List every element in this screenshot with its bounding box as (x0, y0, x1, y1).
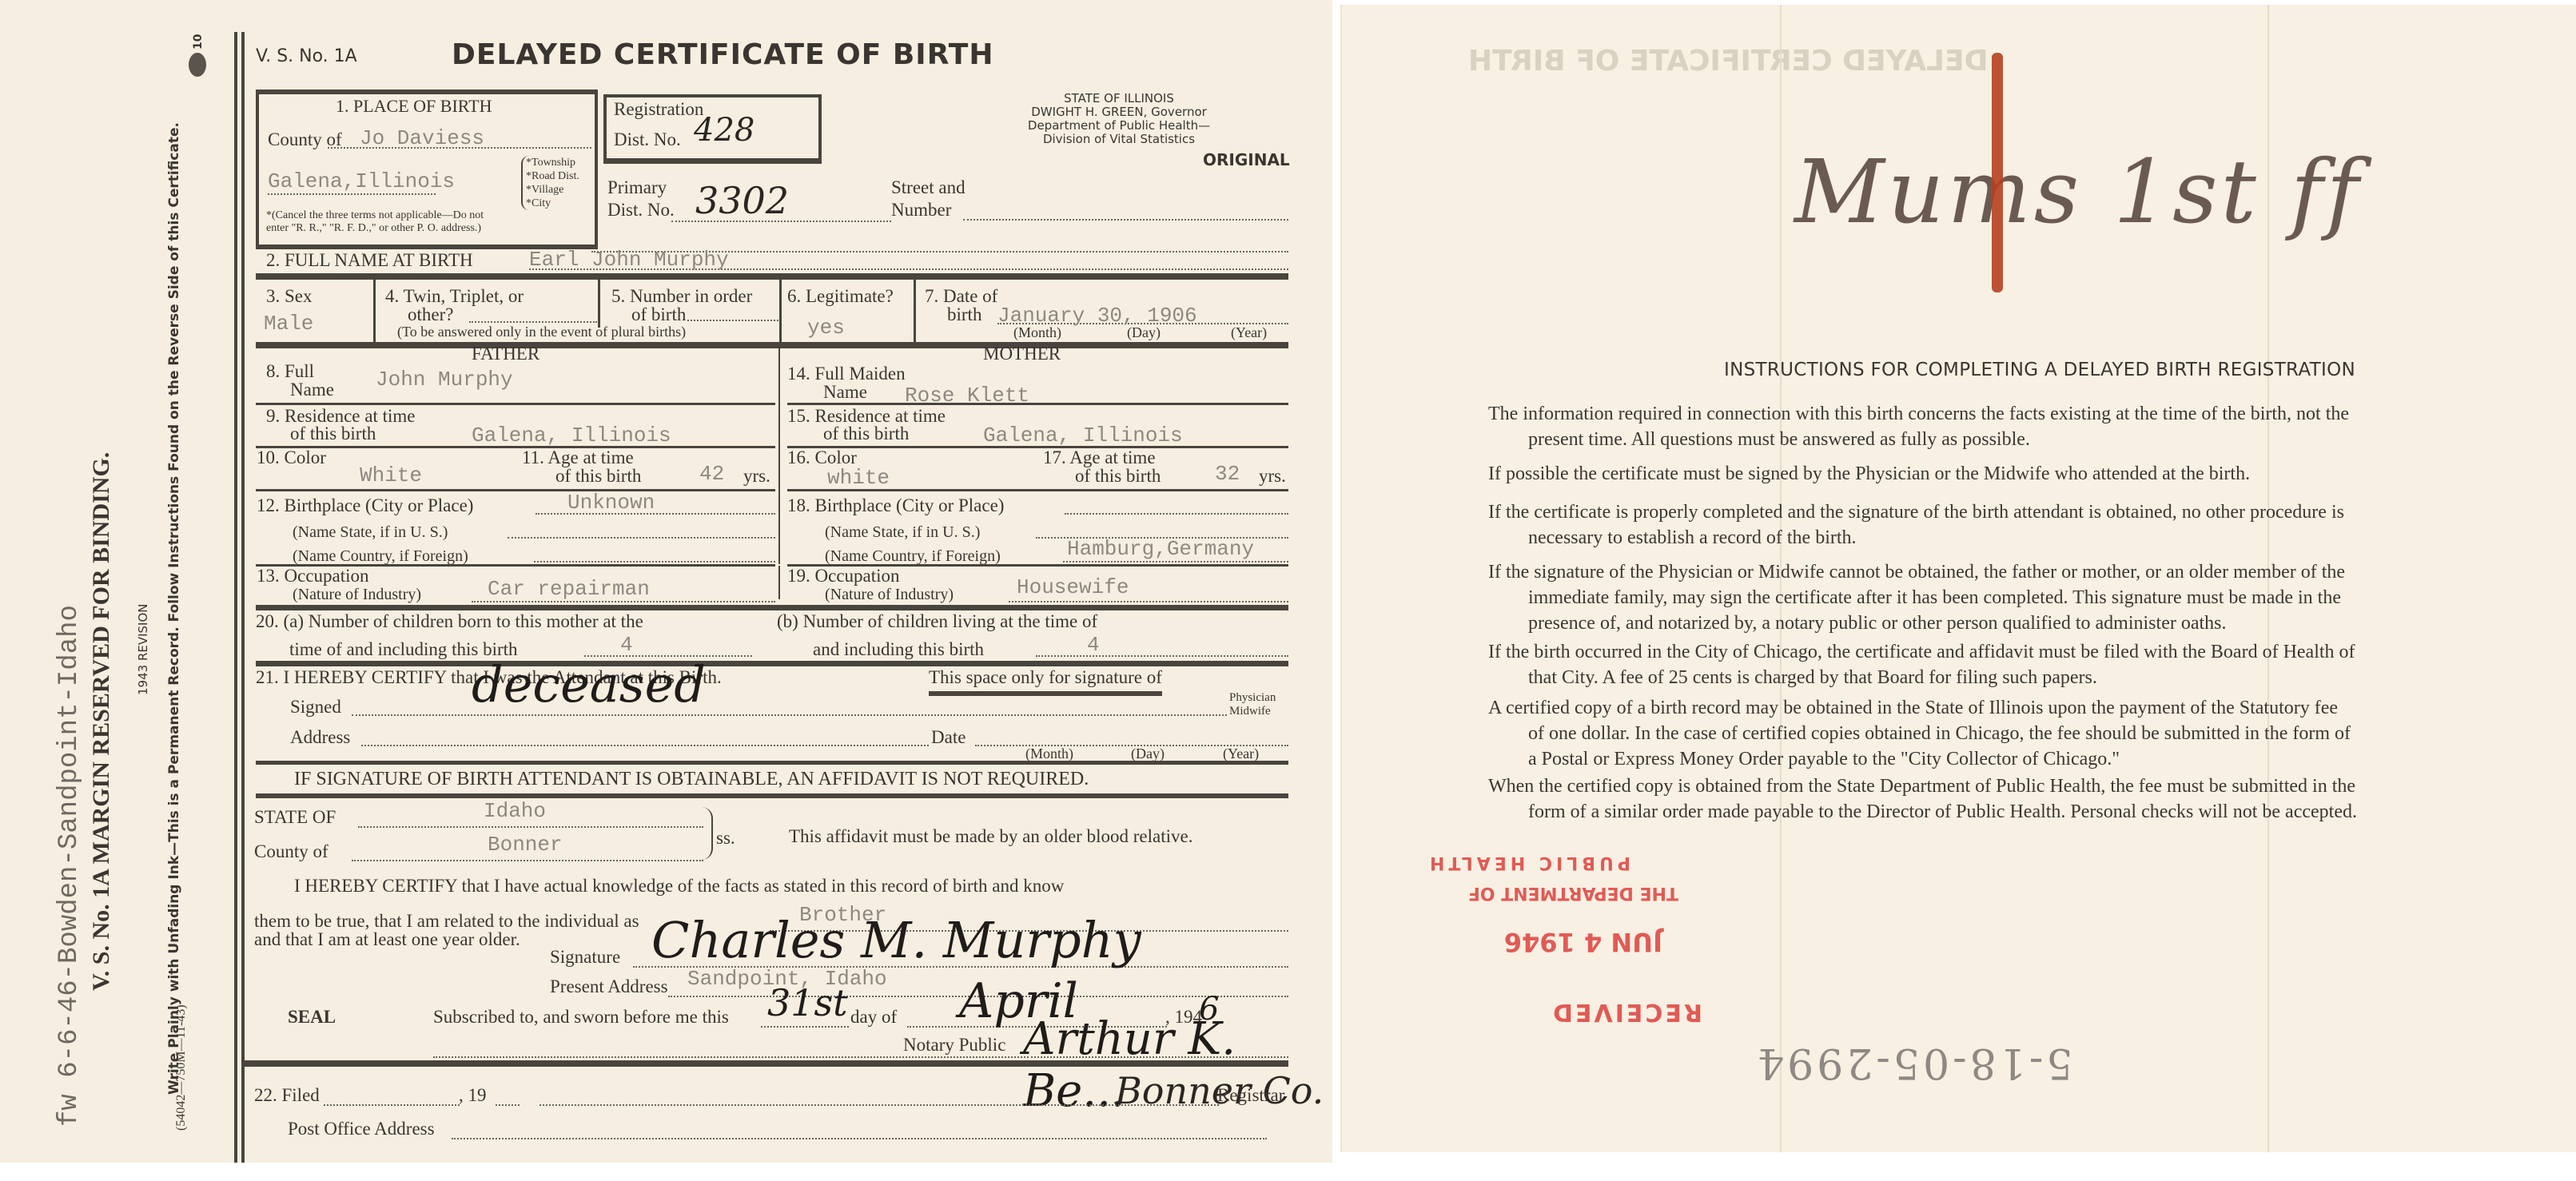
file-note: fw 6-6-46-Bowden-Sandpoint-Idaho (54, 605, 85, 1127)
affidavit-signature-label: Signature (550, 947, 620, 968)
stamp-date: JUN 4 1946 (1504, 927, 1662, 957)
paragraph-line: A certified copy of a birth record may b… (1488, 695, 2543, 721)
sworn-day-value: 31st (767, 981, 848, 1024)
paragraph-line: a Postal or Express Money Order payable … (1488, 746, 2543, 772)
rule (914, 280, 916, 342)
paragraph-line: If the certificate is properly completed… (1488, 499, 2543, 525)
order-field[interactable] (687, 315, 778, 321)
mother-age-unit: yrs. (1259, 466, 1286, 487)
order-label-2: of birth (631, 304, 686, 325)
print-code: (54042—750M—11-43) (174, 1004, 189, 1131)
paragraph-line: that City. A fee of 25 cents is charged … (1488, 665, 2543, 690)
revision-note: 1943 REVISION (136, 604, 150, 696)
mother-age-value[interactable]: 32 (1215, 462, 1240, 486)
issuing-authority: STATE OF ILLINOIS DWIGHT H. GREEN, Gover… (1007, 92, 1231, 146)
father-name-label-2: Name (290, 380, 334, 400)
original-label: ORIGINAL (1203, 150, 1290, 169)
mother-industry-label: (Nature of Industry) (825, 586, 954, 604)
mother-birthplace-field[interactable] (1065, 508, 1288, 515)
father-country-label: (Name Country, if Foreign) (293, 547, 468, 566)
dist-label: Dist. No. (614, 129, 681, 150)
affidavit-certify-line-3: and that I am at least one year older. (254, 929, 520, 950)
rule (787, 489, 1288, 491)
twin-field[interactable] (469, 316, 597, 323)
paragraph-line: immediate family, may sign the certifica… (1488, 585, 2543, 610)
plural-note: (To be answered only in the event of plu… (397, 324, 686, 340)
affidavit-state-label: STATE OF (254, 807, 336, 828)
primary-dist-label: Dist. No. (607, 200, 675, 221)
paragraph-line: present time. All questions must be answ… (1488, 427, 2543, 452)
affidavit-county-label: County of (254, 841, 328, 862)
dob-year-label: (Year) (1231, 324, 1267, 341)
paragraph-line: When the certified copy is obtained from… (1488, 773, 2543, 799)
father-birthplace-value: Unknown (567, 491, 655, 515)
rule (256, 446, 775, 448)
father-state-field[interactable] (508, 534, 775, 539)
father-occupation-value: Car repairman (488, 577, 650, 601)
affidavit-county-field[interactable] (352, 857, 703, 861)
attendant-date-label: Date (931, 727, 966, 748)
father-color-value[interactable]: White (360, 463, 422, 487)
signature-space-note: This space only for signature of (929, 667, 1162, 696)
paragraph-line: necessary to establish a record of the b… (1488, 525, 2543, 551)
mother-occupation-label: 19. Occupation (787, 566, 900, 587)
dist-value[interactable]: 428 (694, 112, 754, 149)
dob-day-label: (Day) (1127, 324, 1161, 341)
filed-year-field[interactable] (496, 1101, 520, 1106)
filed-year-prefix: , 19 (459, 1085, 487, 1106)
father-residence-label-2: of this birth (290, 423, 376, 444)
legitimate-value[interactable]: yes (807, 316, 845, 340)
instruction-paragraph: If the certificate is properly completed… (1488, 499, 2543, 551)
division-name: Division of Vital Statistics (1007, 133, 1231, 146)
legitimate-label: 6. Legitimate? (787, 286, 894, 307)
present-address-label: Present Address (550, 976, 668, 997)
father-color-label: 10. Color (257, 447, 326, 468)
cancel-note: *(Cancel the three terms not applicable—… (266, 209, 484, 235)
option-road-dist[interactable]: *Road Dist. (526, 169, 579, 183)
paragraph-line: form of a similar order made payable to … (1488, 799, 2543, 825)
sex-label: 3. Sex (266, 286, 313, 307)
full-name-label: 2. FULL NAME AT BIRTH (266, 250, 473, 271)
rule (256, 489, 775, 491)
attendant-address-field[interactable] (361, 742, 929, 746)
day-of-label: day of (850, 1007, 897, 1028)
affidavit-state-field[interactable] (358, 823, 703, 828)
stamp-public-health: PUBLIC HEALTH (1426, 853, 1630, 873)
handwritten-note: Mums 1st ff (1794, 141, 2362, 243)
affidavit-county-value: Bonner (488, 833, 563, 857)
fold-line (1340, 5, 1342, 1152)
instructions-title: INSTRUCTIONS FOR COMPLETING A DELAYED BI… (1724, 360, 2355, 380)
rule (256, 403, 775, 405)
bleed-through-title: DELAYED CERTIFICATE OF BIRTH (1468, 45, 1988, 78)
page-title: DELAYED CERTIFICATE OF BIRTH (452, 38, 993, 71)
instruction-paragraph: If the birth occurred in the City of Chi… (1488, 639, 2543, 690)
option-city[interactable]: *City (526, 197, 579, 210)
mother-occupation-value: Housewife (1017, 575, 1129, 599)
affidavit-state-value: Idaho (484, 799, 546, 823)
notary-label: Notary Public (903, 1035, 1005, 1056)
mother-name-label-2: Name (823, 382, 867, 403)
department-name: Department of Public Health— (1007, 119, 1231, 133)
rule (778, 348, 780, 564)
city-value: Galena,Illinois (268, 169, 455, 193)
father-age-unit: yrs. (743, 466, 770, 487)
father-industry-label: (Nature of Industry) (293, 586, 421, 604)
primary-dist-field[interactable]: 3302 (671, 203, 891, 222)
registrar-field[interactable] (539, 1101, 1219, 1106)
rule (256, 793, 1288, 798)
children-living-value: 4 (1087, 633, 1100, 657)
filed-label: 22. Filed (254, 1085, 320, 1106)
dob-month-label: (Month) (1013, 324, 1061, 341)
affidavit-signature-value: Charles M. Murphy (651, 911, 1141, 969)
attendant-address-label: Address (290, 727, 350, 748)
county-value: Jo Daviess (360, 126, 484, 150)
post-office-label: Post Office Address (288, 1119, 435, 1139)
option-village[interactable]: *Village (526, 183, 579, 197)
rule (373, 280, 376, 342)
rule (778, 566, 780, 599)
father-occupation-label: 13. Occupation (257, 566, 369, 587)
signed-label: Signed (290, 697, 341, 718)
mother-color-value[interactable]: white (827, 466, 890, 490)
certificate-front-page: fw 6-6-46-Bowden-Sandpoint-Idaho V. S. N… (0, 0, 1332, 1163)
street-label: Street and (891, 177, 966, 198)
sex-value[interactable]: Male (264, 312, 313, 336)
mother-country-value: Hamburg,Germany (1067, 537, 1254, 561)
rule (241, 1060, 1288, 1067)
date-month-label: (Month) (1025, 746, 1073, 762)
file-number: 5-18-05-2994 (1754, 1039, 2072, 1087)
full-name-value: Earl John Murphy (529, 248, 729, 272)
father-birthplace-label: 12. Birthplace (City or Place) (257, 495, 473, 516)
margin-rule (241, 32, 245, 1163)
brace (700, 807, 713, 860)
state-name: STATE OF ILLINOIS (1007, 92, 1231, 105)
binding-margin-note: V. S. No. 1A MARGIN RESERVED FOR BINDING… (88, 452, 115, 991)
father-heading: FATHER (472, 344, 539, 364)
cancel-note-line: *(Cancel the three terms not applicable—… (266, 209, 484, 222)
number-label: Number (891, 200, 951, 221)
union-label-icon (189, 53, 206, 77)
paragraph-line: If the signature of the Physician or Mid… (1488, 559, 2543, 585)
place-of-birth-label: 1. PLACE OF BIRTH (336, 96, 492, 117)
rule (256, 605, 1288, 610)
paragraph-line: If possible the certificate must be sign… (1488, 461, 2543, 487)
city-field[interactable]: Galena,Illinois (268, 169, 436, 195)
rule (256, 273, 1288, 280)
mother-residence-value[interactable]: Galena, Illinois (983, 423, 1183, 447)
ss-label: ss. (716, 828, 735, 849)
father-country-field[interactable] (534, 558, 775, 563)
paragraph-line: of one dollar. In the case of certified … (1488, 721, 2543, 746)
cancel-note-line: enter "R. R.," "R. F. D.," or other P. O… (266, 222, 484, 235)
children-living-label-2: and including this birth (813, 639, 984, 660)
instruction-paragraph: If possible the certificate must be sign… (1488, 461, 2543, 487)
red-crayon-mark (1992, 53, 2003, 292)
union-number: 10 (192, 34, 205, 50)
paragraph-line: The information required in connection w… (1488, 401, 2543, 427)
father-name-value[interactable]: John Murphy (376, 368, 513, 392)
relative-note: This affidavit must be made by an older … (789, 826, 1192, 847)
rule (779, 280, 782, 342)
date-year-label: (Year) (1223, 746, 1259, 762)
mother-residence-label-2: of this birth (823, 423, 909, 444)
father-age-value[interactable]: 42 (699, 462, 724, 486)
post-office-field[interactable] (452, 1135, 1267, 1139)
mother-country-label: (Name Country, if Foreign) (825, 547, 1001, 566)
instruction-paragraph: If the signature of the Physician or Mid… (1488, 559, 2543, 636)
sworn-label: Subscribed to, and sworn before me this (433, 1007, 729, 1028)
received-stamp: RECEIVED JUN 4 1946 THE DEPARTMENT OF PU… (1375, 831, 1710, 1031)
registrar-label: Registrar (1217, 1085, 1284, 1106)
children-living-label: (b) Number of children living at the tim… (777, 611, 1097, 632)
physician-label: Physician (1229, 691, 1276, 705)
instruction-paragraph: The information required in connection w… (1488, 401, 2543, 452)
seal-label: SEAL (288, 1007, 336, 1028)
full-name-field[interactable]: Earl John Murphy (529, 254, 1288, 270)
rule (787, 446, 1288, 448)
primary-label: Primary (607, 177, 667, 198)
street-number-field[interactable] (963, 208, 1288, 221)
rule (256, 661, 1288, 666)
affidavit-banner: IF SIGNATURE OF BIRTH ATTENDANT IS OBTAI… (294, 769, 1089, 790)
governor-name: DWIGHT H. GREEN, Governor (1007, 105, 1231, 119)
twin-label-2: other? (408, 304, 453, 325)
dob-field[interactable]: January 30, 1906 (997, 304, 1288, 324)
stamp-received-text: RECEIVED (1551, 998, 1702, 1026)
mother-heading: MOTHER (983, 344, 1061, 364)
form-number: V. S. No. 1A (256, 46, 357, 66)
stamp-department: THE DEPARTMENT OF (1468, 883, 1678, 903)
primary-dist-value: 3302 (695, 179, 789, 222)
instruction-paragraph: When the certified copy is obtained from… (1488, 773, 2543, 825)
children-born-value: 4 (620, 633, 633, 657)
rule (256, 342, 1288, 348)
rule (787, 403, 1288, 405)
mother-state-label: (Name State, if in U. S.) (825, 523, 980, 542)
midwife-label: Midwife (1229, 705, 1271, 718)
paragraph-line: If the birth occurred in the City of Chi… (1488, 639, 2543, 665)
mother-birthplace-label: 18. Birthplace (City or Place) (787, 495, 1004, 516)
rule (256, 761, 1288, 765)
father-residence-value[interactable]: Galena, Illinois (472, 423, 671, 447)
children-living-field[interactable] (1036, 652, 1288, 657)
filed-date-field[interactable] (324, 1101, 460, 1106)
father-state-label: (Name State, if in U. S.) (293, 523, 448, 542)
dob-label-2: birth (947, 304, 981, 325)
township-options: *Township *Road Dist. *Village *City (521, 156, 579, 210)
father-age-label-2: of this birth (555, 466, 641, 487)
registration-label: Registration (614, 99, 703, 120)
paragraph-line: presence of, and notarized by, a notary … (1488, 610, 2543, 636)
date-day-label: (Day) (1131, 746, 1165, 762)
margin-rule (234, 32, 237, 1163)
affidavit-certify-line: I HEREBY CERTIFY that I have actual know… (294, 876, 1064, 897)
county-field[interactable]: Jo Daviess (328, 126, 591, 149)
rule (598, 280, 600, 328)
mother-age-label-2: of this birth (1075, 466, 1161, 487)
ink-instruction: Write Plainly with Unfading Ink—This is … (166, 122, 182, 1095)
twin-label: 4. Twin, Triplet, or (385, 286, 524, 307)
instruction-paragraph: A certified copy of a birth record may b… (1488, 695, 2543, 772)
option-township[interactable]: *Township (526, 156, 579, 169)
attendant-signature-value: deceased (472, 655, 706, 714)
children-born-label: 20. (a) Number of children born to this … (256, 611, 643, 632)
